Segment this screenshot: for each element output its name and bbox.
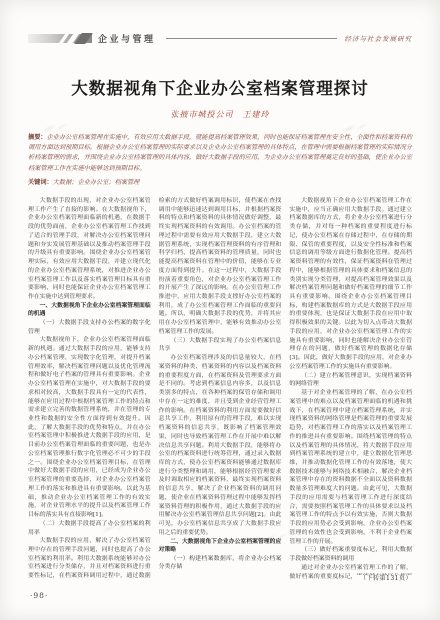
abstract-text: 企业办公室档案管理在实施中，有效应用大数据手段，就能提高档案管理效果，同时也能保…	[28, 134, 412, 172]
section-heading: 二、大数据视角下企业办公室档案管理的应对策略	[159, 538, 282, 555]
section-heading: （二）大数据手段提高了办公室档案的利用率	[28, 520, 151, 537]
section-heading: （一）构建档案数据库，将企业办公档案分类存储	[159, 555, 282, 572]
section-heading: （二）建立档案管理意识，实现档案资料的网络管理	[289, 372, 412, 389]
abstract-label: 摘要：	[28, 134, 47, 141]
journal-name: 经济与社会发展研究	[345, 34, 413, 43]
page-number: ·98·	[30, 591, 48, 600]
header-divider	[166, 38, 337, 39]
page-content: 企业与管理 经济与社会发展研究 大数据视角下企业办公室档案管理探讨 张掖市城投公…	[28, 0, 412, 584]
journal-page: 企业与管理 经济与社会发展研究 大数据视角下企业办公室档案管理探讨 张掖市城投公…	[0, 0, 440, 620]
keywords-label: 关键词：	[28, 179, 53, 186]
journal-header: 企业与管理 经济与社会发展研究	[28, 32, 412, 45]
section-label: 企业与管理	[98, 32, 156, 45]
keywords-text: 大数据；企业办公室；档案管理	[53, 179, 140, 186]
section-heading: 一、大数据视角下企业办公室档案管理面临的机遇	[28, 302, 151, 319]
abstract-block: 摘要：企业办公室档案管理在实施中，有效应用大数据手段，就能提高档案管理效果，同时…	[28, 133, 412, 174]
article-body: 大数据手段的出现，对企业办公室档案管理工作产生了直接的影响。在大数据视角下，企业…	[28, 197, 412, 584]
author-line: 张掖市城投公司 王建玲	[28, 109, 412, 120]
body-paragraph: 大数据视角下，企业办公室档案管理面临新的机遇。通过大数据手段的应用，能够支持办公…	[28, 336, 151, 519]
body-paragraph: 基于对企业档案管理的了解，在办公室档案管理中的难点以及档案管理面临的机遇和挑战下…	[289, 389, 412, 546]
section-heading: （三）做好档案重要度标记，利用大数据手段做好档案资料的调用	[289, 546, 412, 563]
continuation-note: （下转第131页）	[356, 575, 412, 584]
section-heading: （三）大数据手段实现了办公室档案信息共享	[159, 337, 282, 354]
body-paragraph: 办公室档案管理涉及的信息量较大，在档案资料的种类、档案资料的内容以及档案资料的重…	[159, 354, 282, 537]
article-title: 大数据视角下企业办公室档案管理探讨	[28, 75, 412, 99]
body-paragraph: 大数据视角下企业办公室档案管理工作在实施中，应当正确应用大数据手段。通过建立档案…	[289, 197, 412, 372]
header-banner-icon	[28, 34, 92, 43]
keywords-line: 关键词：大数据；企业办公室；档案管理	[28, 177, 412, 186]
body-paragraph: 大数据手段的出现，对企业办公室档案管理工作产生了直接的影响。在大数据视角下，企业…	[28, 197, 151, 302]
section-heading: （一）大数据手段支持办公档案的数字化管理	[28, 319, 151, 336]
